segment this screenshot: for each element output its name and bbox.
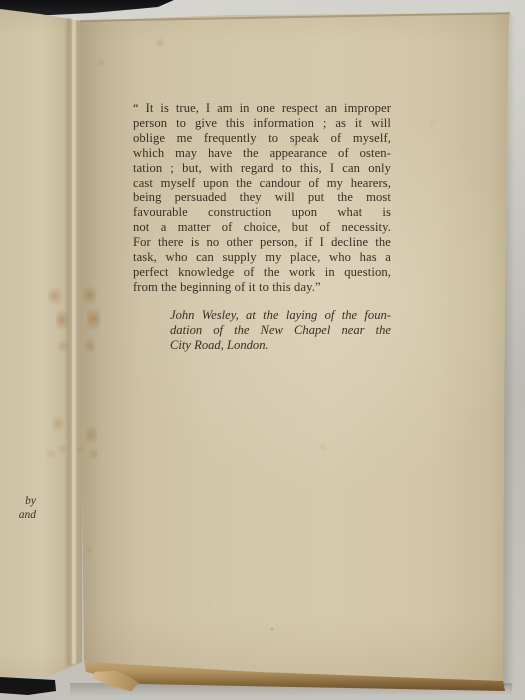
- quote-line: not a matter of choice, but of necessity…: [133, 220, 391, 235]
- quote-line: cast myself upon the candour of my heare…: [133, 176, 391, 191]
- foxing-spot: [87, 304, 100, 334]
- quote-line: “ It is true, I am in one respect an imp…: [133, 101, 391, 116]
- foxing-spot: [154, 38, 166, 47]
- foxing-spot: [76, 444, 84, 455]
- attribution-line: City Road, London.: [170, 338, 391, 353]
- quote-line: being persuaded they will put the most: [133, 190, 391, 205]
- quote-line: For there is no other person, if I decli…: [133, 235, 391, 250]
- quote-line: favourable construction upon what is: [133, 205, 391, 220]
- attribution-line: dation of the New Chapel near the: [170, 323, 391, 338]
- open-book-photo: “ It is true, I am in one respect an imp…: [0, 0, 525, 700]
- foxing-spot: [205, 600, 212, 607]
- foxing-spot: [86, 422, 97, 448]
- gutter-fold-ridge: [72, 18, 76, 664]
- left-page-fragment-line: and: [0, 508, 36, 522]
- quote-line: tation ; but, with regard to this, I can…: [133, 161, 391, 176]
- foxing-spot: [48, 284, 62, 308]
- foxing-spot: [56, 306, 68, 334]
- foxing-spot: [428, 118, 437, 127]
- foxing-spot: [270, 627, 274, 631]
- quote-line: oblige me frequently to speak of myself,: [133, 131, 391, 146]
- foxing-spot: [52, 412, 64, 436]
- foxing-spot: [58, 338, 68, 354]
- foxing-spot: [318, 442, 328, 452]
- quote-line: from the beginning of it to this day.”: [133, 280, 391, 295]
- left-page-fragment-line: by: [0, 494, 36, 508]
- foxing-spot: [45, 447, 56, 461]
- left-page-text-fragment: by and: [0, 494, 36, 522]
- quote-line: person to give this information ; as it …: [133, 116, 391, 131]
- quote-line: perfect knowledge of the work in questio…: [133, 265, 391, 280]
- attribution-line: John Wesley, at the laying of the foun-: [170, 308, 391, 323]
- foxing-spot: [85, 336, 95, 356]
- quote-line: task, who can supply my place, who has a: [133, 250, 391, 265]
- foxing-spot: [58, 442, 67, 456]
- wesley-quotation: “ It is true, I am in one respect an imp…: [133, 101, 391, 295]
- quote-attribution: John Wesley, at the laying of the foun- …: [170, 308, 391, 353]
- foxing-spot: [97, 57, 106, 68]
- foxing-spot: [85, 543, 93, 556]
- quote-line: which may have the appearance of osten-: [133, 146, 391, 161]
- foxing-spot: [89, 446, 98, 462]
